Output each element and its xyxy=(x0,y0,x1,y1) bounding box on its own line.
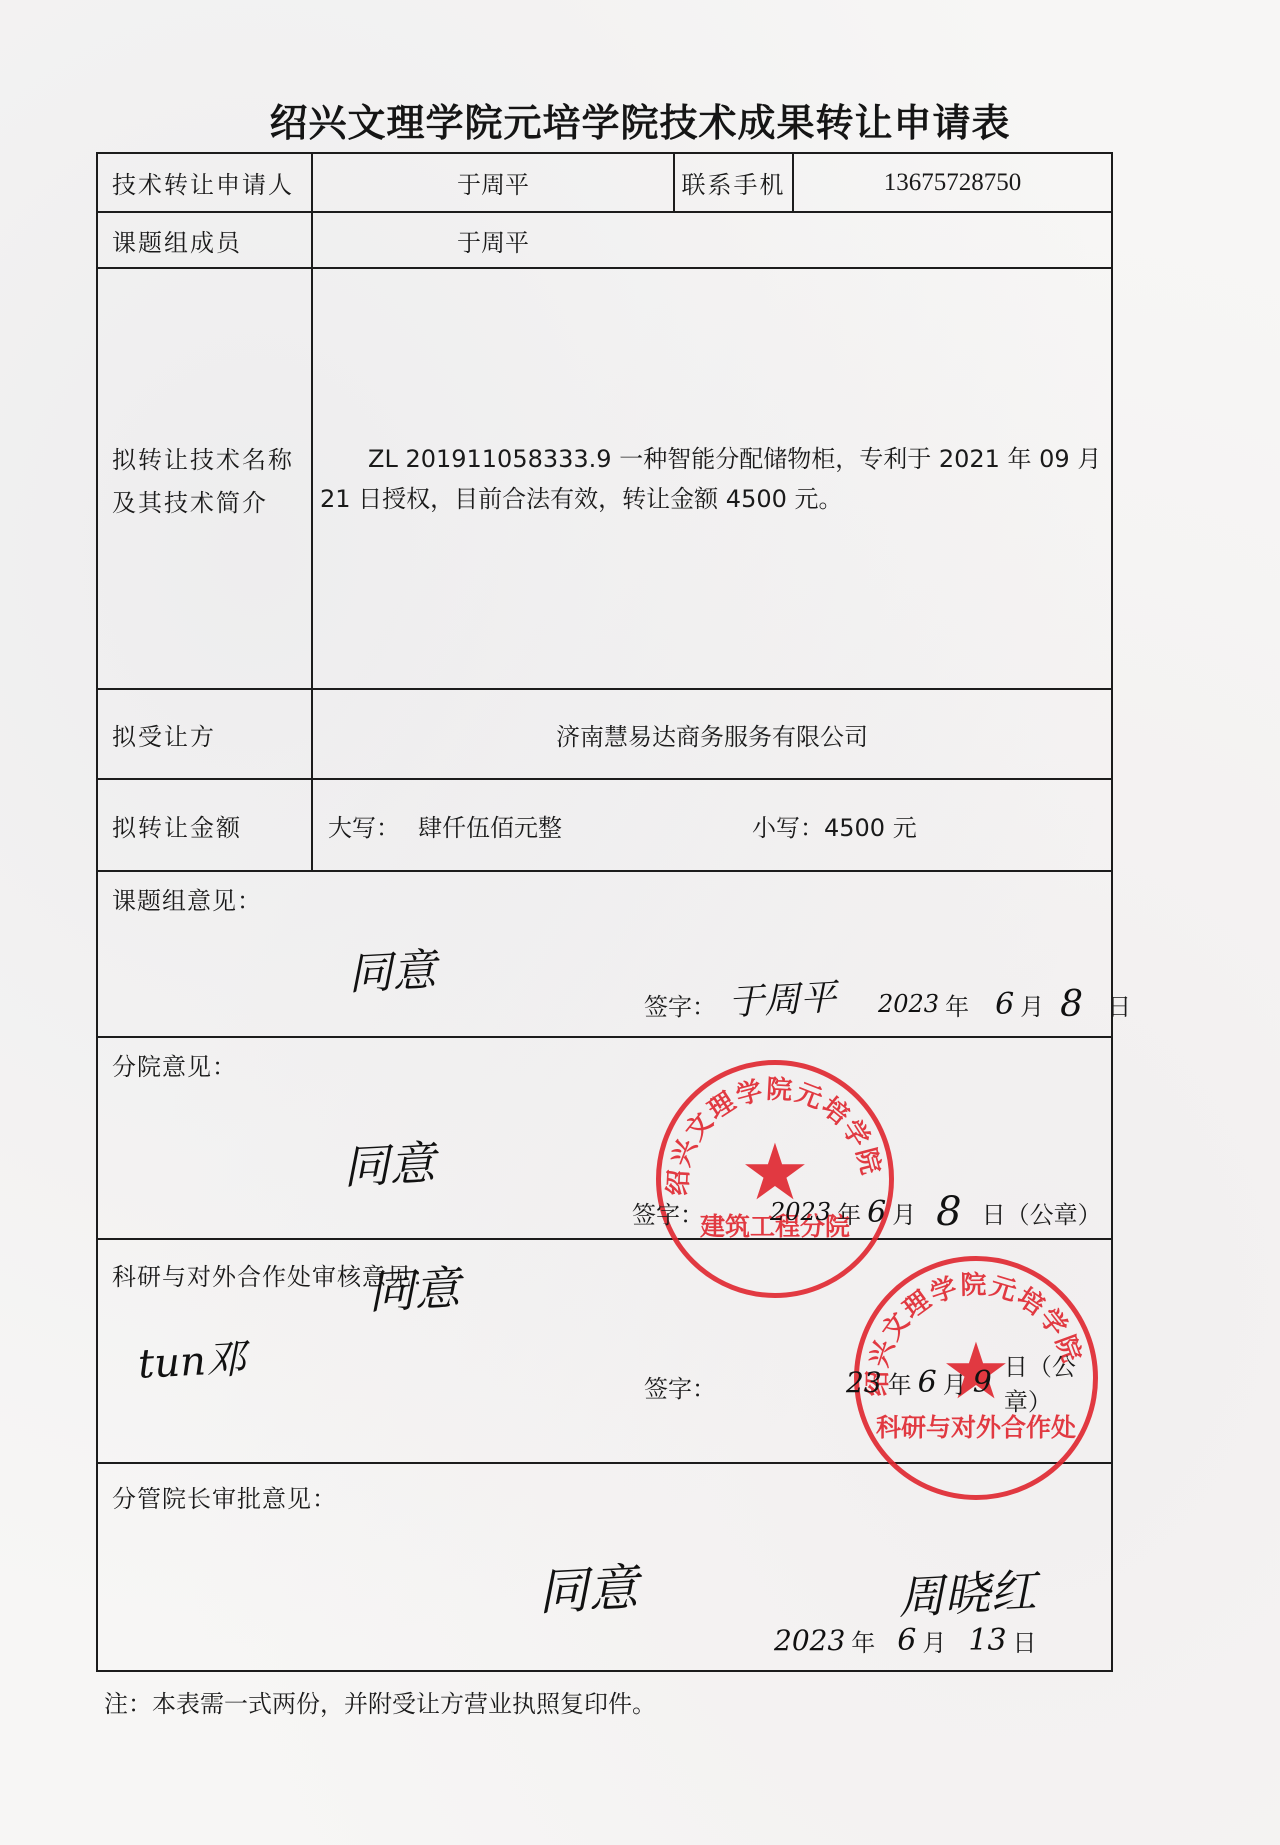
research-signature: tun邓 xyxy=(137,1327,247,1390)
transferee-label: 拟受让方 xyxy=(98,690,325,778)
row-divider xyxy=(98,1036,1111,1038)
branch-opinion-label: 分院意见： xyxy=(98,1044,237,1084)
group-date-year-suffix: 年 xyxy=(945,987,969,1022)
form-title: 绍兴文理学院元培学院技术成果转让申请表 xyxy=(0,92,1280,147)
footnote: 注：本表需一式两份，并附受让方营业执照复印件。 xyxy=(104,1684,656,1719)
amount-lower-value: 4500 元 xyxy=(824,808,917,843)
leader-date-day: 13 xyxy=(968,1623,1006,1658)
amount-upper-value: 肆仟伍佰元整 xyxy=(418,808,562,843)
branch-date-day-suffix: 日（公章） xyxy=(982,1195,1102,1230)
research-date-day-suffix: 日（公章） xyxy=(1004,1347,1111,1417)
group-date-day-suffix: 日 xyxy=(1107,987,1131,1022)
group-date: 2023 年 6 月 8 日 xyxy=(878,982,1131,1026)
tech-label-line1: 拟转让技术名称 xyxy=(112,440,294,475)
row-divider xyxy=(98,1238,1111,1240)
research-date-year-suffix: 年 xyxy=(888,1365,912,1400)
amount-upper-label: 大写： xyxy=(328,808,400,843)
leader-date-month: 6 xyxy=(897,1623,916,1658)
branch-date-month-suffix: 月 xyxy=(892,1195,916,1230)
group-signature: 于周平 xyxy=(727,969,838,1026)
branch-date-year: 2023 xyxy=(770,1198,831,1226)
phone-label: 联系手机 xyxy=(675,154,792,211)
tech-label: 拟转让技术名称 及其技术简介 xyxy=(98,269,325,688)
leader-date-day-suffix: 日 xyxy=(1013,1623,1037,1658)
research-date-month: 6 xyxy=(918,1365,937,1400)
group-sign-label: 签字： xyxy=(644,984,716,1024)
amount-label: 拟转让金额 xyxy=(98,780,325,870)
branch-date: 签字： 2023 年 6 月 8 日（公章） xyxy=(632,1190,1102,1234)
row-divider xyxy=(98,870,1111,872)
research-date-month-suffix: 月 xyxy=(943,1365,967,1400)
leader-opinion-handwriting: 同意 xyxy=(536,1547,640,1624)
members-label: 课题组成员 xyxy=(98,213,325,267)
transferee-value: 济南慧易达商务服务有限公司 xyxy=(313,690,1111,778)
members-value: 于周平 xyxy=(313,213,673,267)
tech-description: ZL 201911058333.9 一种智能分配储物柜，专利于 2021 年 0… xyxy=(320,269,1106,688)
research-opinion-handwriting: 同意 xyxy=(366,1252,461,1323)
amount-lower: 小写： 4500 元 xyxy=(752,780,1052,870)
leader-date: 2023 年 6 月 13 日 xyxy=(774,1618,1037,1662)
tech-label-line2: 及其技术简介 xyxy=(112,483,268,518)
amount-upper: 大写： 肆仟伍佰元整 xyxy=(328,780,728,870)
leader-date-year: 2023 xyxy=(774,1624,845,1657)
group-date-year: 2023 xyxy=(878,990,939,1018)
research-date: 23 年 6 月 9 日（公章） xyxy=(846,1360,1111,1404)
application-form-table: 技术转让申请人 于周平 联系手机 13675728750 课题组成员 于周平 拟… xyxy=(96,152,1113,1672)
phone-value: 13675728750 xyxy=(794,154,1111,211)
amount-lower-label-text: 小写： xyxy=(752,808,824,843)
group-date-day: 8 xyxy=(1060,984,1083,1025)
applicant-value: 于周平 xyxy=(313,154,673,211)
branch-date-year-suffix: 年 xyxy=(837,1195,861,1230)
applicant-label: 技术转让申请人 xyxy=(98,154,325,211)
leader-date-month-suffix: 月 xyxy=(922,1623,946,1658)
branch-date-month: 6 xyxy=(867,1195,886,1230)
group-date-month-suffix: 月 xyxy=(1020,987,1044,1022)
group-opinion-handwriting: 同意 xyxy=(346,934,437,1003)
leader-signature: 周晓红 xyxy=(896,1554,1037,1627)
branch-opinion-handwriting: 同意 xyxy=(341,1127,436,1198)
group-opinion-label: 课题组意见： xyxy=(98,878,262,918)
research-date-day: 9 xyxy=(973,1365,992,1400)
leader-date-year-suffix: 年 xyxy=(851,1623,875,1658)
branch-date-day: 8 xyxy=(936,1189,961,1235)
leader-opinion-label: 分管院长审批意见： xyxy=(98,1476,337,1516)
group-date-month: 6 xyxy=(995,987,1014,1022)
branch-sign-label: 签字： xyxy=(632,1195,704,1230)
research-date-year: 23 xyxy=(846,1366,882,1399)
research-sign-label: 签字： xyxy=(644,1364,716,1408)
